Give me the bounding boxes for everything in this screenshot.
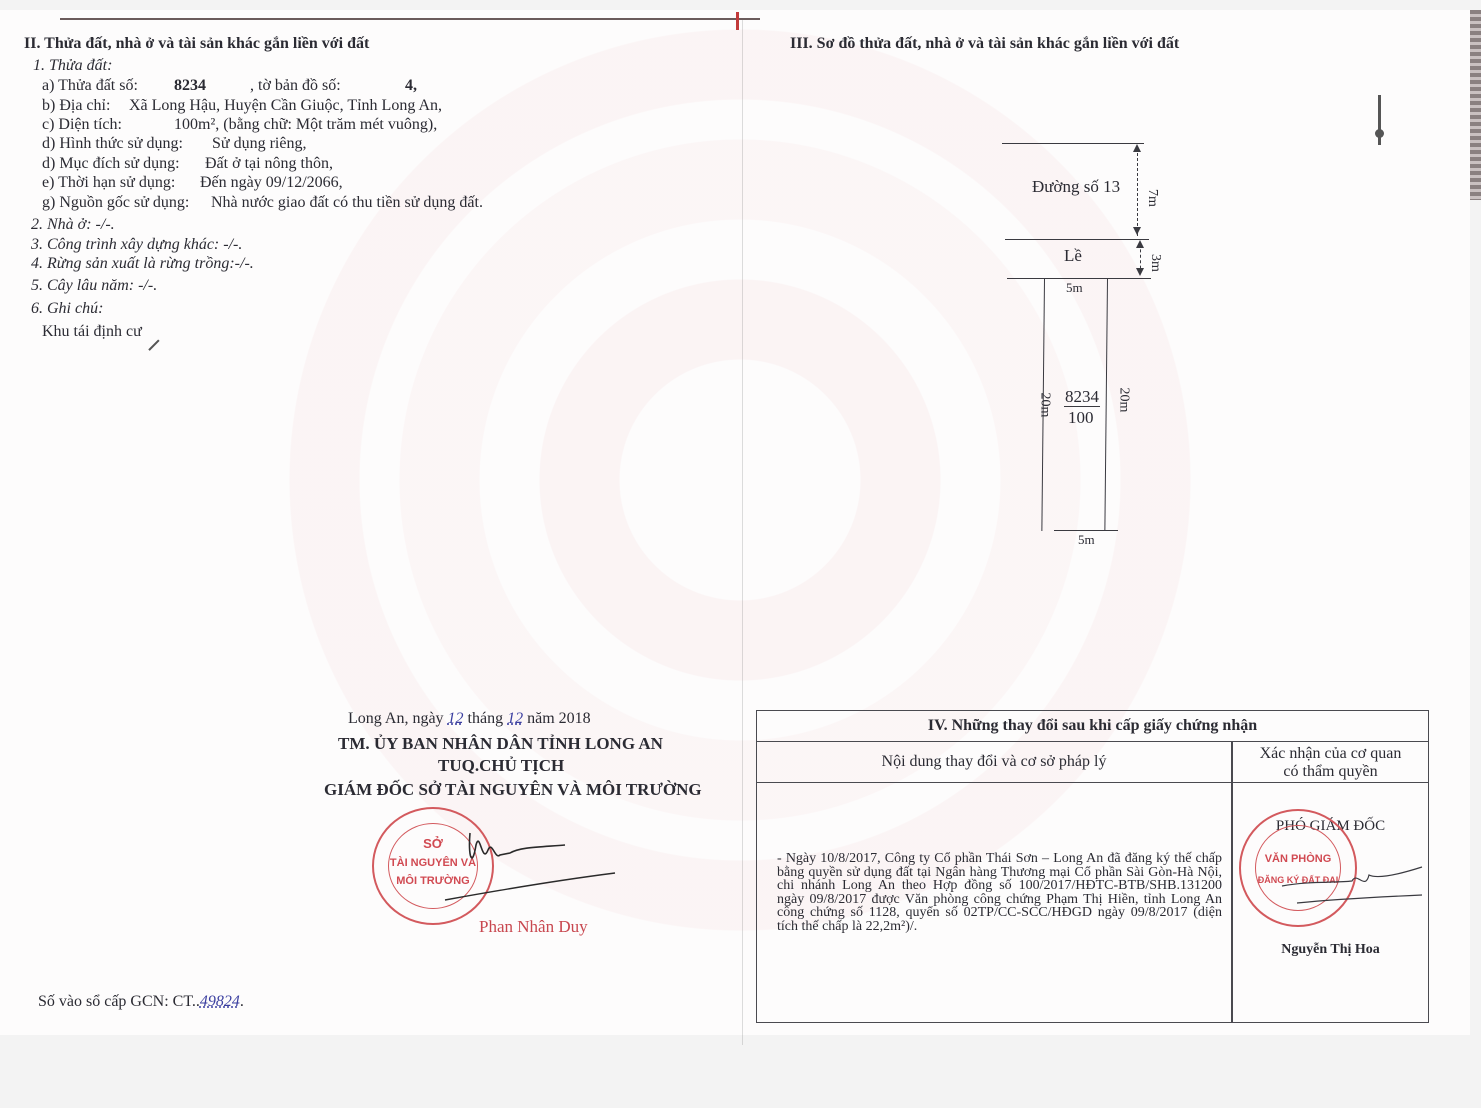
arrow-down-icon xyxy=(1133,227,1141,235)
section3-title: III. Sơ đồ thửa đất, nhà ở và tài sản kh… xyxy=(790,36,1179,52)
origin: Nhà nước giao đất có thu tiền sử dụng đấ… xyxy=(211,195,483,211)
month-prefix: tháng xyxy=(468,710,504,727)
changes-table: IV. Những thay đổi sau khi cấp giấy chứn… xyxy=(756,710,1429,1023)
map-sheet-label: , tờ bản đồ số: xyxy=(250,78,341,94)
section4-title: IV. Những thay đổi sau khi cấp giấy chứn… xyxy=(757,711,1428,742)
page-fold xyxy=(742,20,743,1045)
area: 100m², (bằng chữ: Một trăm mét vuông), xyxy=(174,117,437,133)
col-content-header: Nội dung thay đổi và cơ sở pháp lý xyxy=(757,742,1231,782)
red-mark xyxy=(736,12,739,30)
sign-day: 12 xyxy=(448,710,464,727)
table-header-row: Nội dung thay đổi và cơ sở pháp lý Xác n… xyxy=(757,742,1428,783)
registry-value: 49824 xyxy=(200,993,240,1010)
registry-label: Số vào sổ cấp GCN: CT xyxy=(38,993,192,1010)
purpose: Đất ở tại nông thôn, xyxy=(205,156,333,172)
place-date-prefix: Long An, ngày xyxy=(348,710,444,727)
sidewalk-width-label: 3m xyxy=(1148,254,1162,272)
road-label: Đường số 13 xyxy=(1032,178,1120,195)
bottom-edge-length: 5m xyxy=(1078,533,1095,546)
col-confirm-header-line1: Xác nhận của cơ quan xyxy=(1233,745,1428,763)
authority-line3: GIÁM ĐỐC SỞ TÀI NGUYÊN VÀ MÔI TRƯỜNG xyxy=(324,781,702,798)
road-bottom-edge xyxy=(1005,239,1149,240)
right-edge-length: 20m xyxy=(1116,388,1130,413)
authority-line1: TM. ỦY BAN NHÂN DÂN TỈNH LONG AN xyxy=(338,735,663,752)
address-label: b) Địa chỉ: xyxy=(42,98,110,114)
land-plot-heading: 1. Thửa đất: xyxy=(33,58,112,74)
section2-title: II. Thửa đất, nhà ở và tài sản khác gắn … xyxy=(24,36,369,52)
arrow-up-icon xyxy=(1136,240,1144,248)
scan-edge-strip xyxy=(1470,10,1481,200)
signer-name: Phan Nhân Duy xyxy=(479,918,588,935)
plot-bottom-edge xyxy=(1054,530,1118,531)
map-sheet: 4, xyxy=(405,78,417,94)
address: Xã Long Hậu, Huyện Cần Giuộc, Tỉnh Long … xyxy=(129,98,442,114)
origin-label: g) Nguồn gốc sử dụng: xyxy=(42,195,189,211)
road-width-label: 7m xyxy=(1145,189,1159,207)
sidewalk-bottom-edge xyxy=(1007,278,1151,279)
change-entry-content: - Ngày 10/8/2017, Công ty Cổ phần Thái S… xyxy=(777,852,1222,933)
arrow-up-icon xyxy=(1133,144,1141,152)
road-width-dimension xyxy=(1137,148,1138,236)
registry-number: Số vào sổ cấp GCN: CT..49824. xyxy=(38,994,244,1010)
scan-edge-line xyxy=(60,18,760,20)
confirm-signer: Nguyễn Thị Hoa xyxy=(1233,942,1428,958)
perennial-trees-item: 5. Cây lâu năm: -/-. xyxy=(31,278,157,294)
sidewalk-label: Lề xyxy=(1064,247,1082,264)
sign-month: 12 xyxy=(507,710,523,727)
top-edge-length: 5m xyxy=(1066,281,1083,294)
plot-area-fraction: 100 xyxy=(1068,409,1094,426)
sign-year: năm 2018 xyxy=(527,710,591,727)
other-construction-item: 3. Công trình xây dựng khác: -/-. xyxy=(31,237,242,253)
certificate-page: II. Thửa đất, nhà ở và tài sản khác gắn … xyxy=(0,10,1470,1035)
house-item: 2. Nhà ở: -/-. xyxy=(31,217,115,233)
notes-text: Khu tái định cư xyxy=(42,324,142,340)
col-confirm-header-line2: có thẩm quyền xyxy=(1233,763,1428,781)
column-divider xyxy=(1231,742,1233,1022)
signature-phan-nhan-duy xyxy=(440,825,620,905)
term-label: e) Thời hạn sử dụng: xyxy=(42,175,175,191)
col-confirm-header: Xác nhận của cơ quan có thẩm quyền xyxy=(1233,745,1428,781)
purpose-label: d) Mục đích sử dụng: xyxy=(42,156,180,172)
plot-number: 8234 xyxy=(174,78,206,94)
place-date: Long An, ngày 12 tháng 12 năm 2018 xyxy=(348,711,591,727)
plot-right-edge xyxy=(1104,279,1108,531)
term: Đến ngày 09/12/2066, xyxy=(200,175,343,191)
road-top-edge xyxy=(1002,143,1144,144)
usage-form-label: d) Hình thức sử dụng: xyxy=(42,136,183,152)
area-label: c) Diện tích: xyxy=(42,117,122,133)
production-forest-item: 4. Rừng sản xuất là rừng trồng:-/-. xyxy=(31,256,254,272)
left-edge-length: 20m xyxy=(1037,393,1051,418)
pen-tick-mark xyxy=(148,340,159,351)
signature-nguyen-thi-hoa xyxy=(1277,861,1427,911)
notes-heading: 6. Ghi chú: xyxy=(31,301,103,317)
authority-line2: TUQ.CHỦ TỊCH xyxy=(438,757,564,774)
usage-form: Sử dụng riêng, xyxy=(212,136,306,152)
plot-number-label: a) Thửa đất số: xyxy=(42,78,138,94)
arrow-down-icon xyxy=(1136,268,1144,276)
binding-pin xyxy=(1378,95,1381,145)
plot-number-fraction: 8234 xyxy=(1064,388,1100,407)
